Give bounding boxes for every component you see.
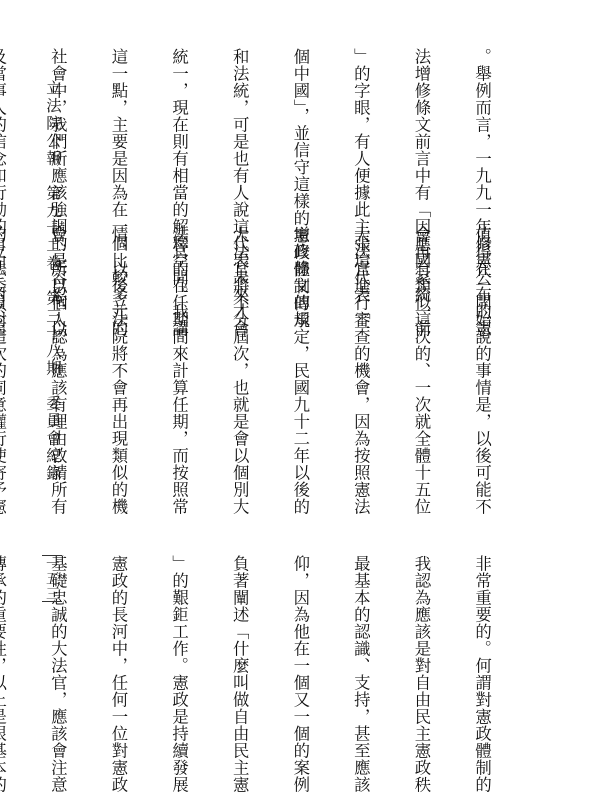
text-column: 法官的在任期間來計算任期，而按照常	[168, 226, 188, 526]
text-column: 會再有類似這次的、一次就全體十五位	[411, 226, 431, 526]
text-band-top: 。舉例而言，一九九一年修憲公布的憲 法增修條文前言中有「因應國家統一前 」的字眼…	[0, 48, 532, 218]
text-column: 及當事人的信念和行動的自由。對於這	[0, 48, 7, 218]
text-column: 」的字眼，有人便據此主張這代表「一	[350, 48, 370, 218]
text-column: 我認為應該是對自由民主憲政秩序要有	[411, 555, 431, 750]
text-column: 個中國」，並信守這樣的憲政體制傳承	[290, 48, 310, 218]
text-column: 負著闡述「什麼叫做自由民主憲政秩序	[229, 555, 249, 750]
text-column: 法增修條文前言中有「因應國家統一前	[411, 48, 431, 218]
text-band-middle: 值得在一開始說的事情是，以後可能不 會再有類似這次的、一次就全體十五位 大法官進…	[0, 226, 532, 526]
text-column: 的立法委員對這次的同意權行使寄予憲	[0, 226, 7, 526]
text-column: 大法官將不分屆次，也就是會以個別大	[229, 226, 249, 526]
text-band-bottom: 非常重要的。何謂對憲政體制的忠誠？ 我認為應該是對自由民主憲政秩序要有 最基本的…	[0, 555, 532, 750]
text-column: 大法官進行審查的機會，因為按照憲法	[350, 226, 370, 526]
text-column: 值得在一開始說的事情是，以後可能不	[471, 226, 491, 526]
text-column: 和法統，可是也有人說這代表未來才會	[229, 48, 249, 218]
text-column: 增修條文的規定，民國九十二年以後的	[290, 226, 310, 526]
text-column: 」的艱鉅工作。憲政是持續發展的，在	[168, 555, 188, 750]
publication-footer: 立法院公報 第九十二卷 第三十八期 委員會紀錄	[42, 80, 64, 483]
text-column: 仰，因為他在一個又一個的案例中，肩	[290, 555, 310, 750]
text-column: 非常重要的。何謂對憲政體制的忠誠？	[471, 555, 491, 750]
text-column: 統一，現在則有相當的解釋空間。我講	[168, 48, 188, 218]
text-column: 這一點，主要是因為在一個比較多元的	[108, 48, 128, 218]
page-number: 一五三	[42, 555, 62, 602]
text-column: 情，以後立法院將不會再出現類似的機	[108, 226, 128, 526]
text-column: 最基本的認識、支持，甚至應該要有信	[350, 555, 370, 750]
text-column: 傳承的重要性，以上是很基本的要求。	[0, 555, 7, 750]
text-column: 。舉例而言，一九九一年修憲公布的憲	[471, 48, 491, 218]
text-column: 憲政的長河中，任何一位對憲政體制有	[108, 555, 128, 750]
